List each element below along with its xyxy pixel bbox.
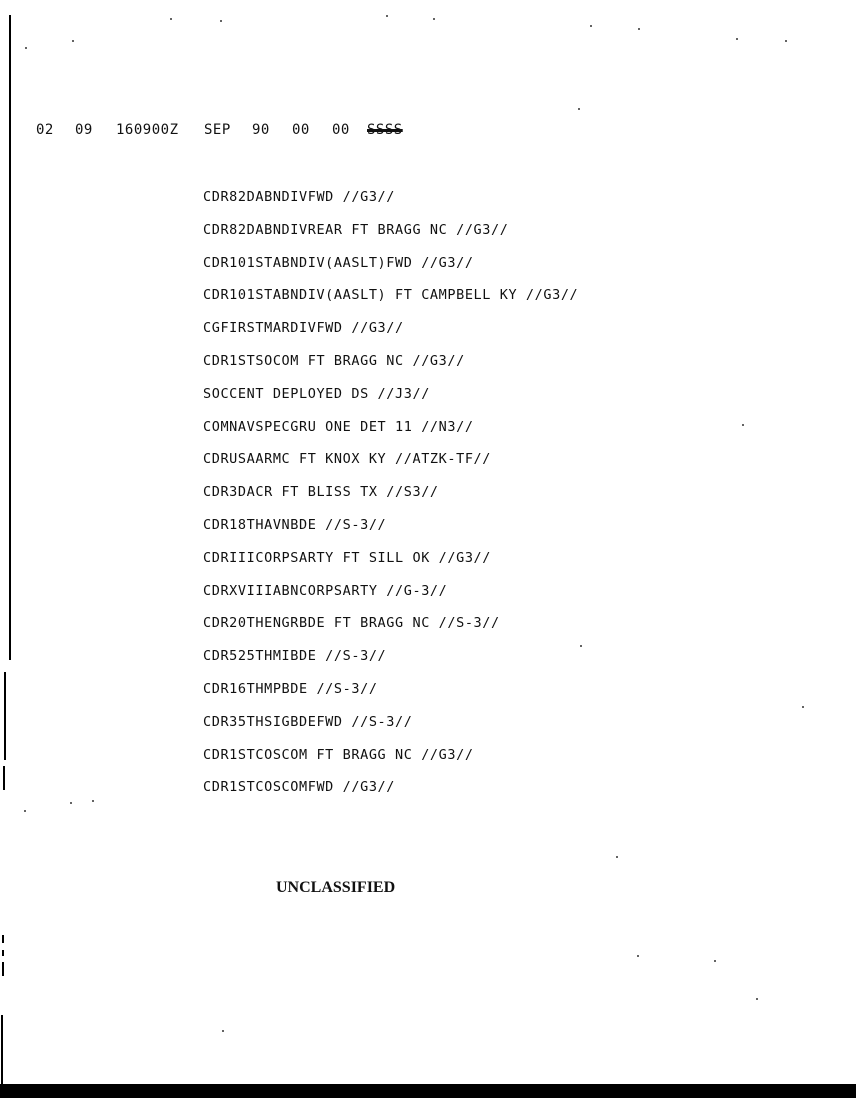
scan-speck (70, 802, 72, 804)
addressee-line: CDR35THSIGBDEFWD //S-3// (203, 713, 578, 746)
scan-speck (170, 18, 172, 20)
scan-speck (785, 40, 787, 42)
header-year: 90 (252, 122, 292, 138)
addressee-line: CDR1STSOCOM FT BRAGG NC //G3// (203, 352, 578, 385)
header-dtg: 160900Z (116, 122, 204, 138)
header-struck-token: SSSS (367, 122, 403, 138)
scan-speck (92, 800, 94, 802)
scan-speck (742, 424, 744, 426)
addressee-line: CDR82DABNDIVFWD //G3// (203, 188, 578, 221)
addressee-line: CDR82DABNDIVREAR FT BRAGG NC //G3// (203, 221, 578, 254)
addressee-line: CGFIRSTMARDIVFWD //G3// (203, 319, 578, 352)
header-day: 09 (75, 122, 116, 138)
scan-speck (802, 706, 804, 708)
addressee-line: CDR1STCOSCOM FT BRAGG NC //G3// (203, 746, 578, 779)
scan-speck (736, 38, 738, 40)
scan-speck (24, 810, 26, 812)
scan-speck (616, 856, 618, 858)
scan-speck (578, 108, 580, 110)
scan-speck (756, 998, 758, 1000)
scan-margin-line (4, 672, 6, 760)
header-month-abbr: SEP (204, 122, 252, 138)
scan-speck (72, 40, 74, 42)
scan-speck (222, 1030, 224, 1032)
addressee-line: CDRUSAARMC FT KNOX KY //ATZK-TF// (203, 450, 578, 483)
header-field-a: 00 (292, 122, 332, 138)
scan-margin-line (2, 935, 4, 943)
addressee-line: SOCCENT DEPLOYED DS //J3// (203, 385, 578, 418)
addressee-line: CDR101STABNDIV(AASLT) FT CAMPBELL KY //G… (203, 286, 578, 319)
addressee-line: CDR20THENGRBDE FT BRAGG NC //S-3// (203, 614, 578, 647)
addressee-line: CDRIIICORPSARTY FT SILL OK //G3// (203, 549, 578, 582)
addressee-line: CDR16THMPBDE //S-3// (203, 680, 578, 713)
addressee-line: CDR18THAVNBDE //S-3// (203, 516, 578, 549)
scan-speck (433, 18, 435, 20)
header-field-b: 00 (332, 122, 367, 138)
scan-speck (386, 15, 388, 17)
scan-speck (714, 960, 716, 962)
scan-margin-line (1, 1015, 3, 1085)
scan-speck (637, 955, 639, 957)
classification-marking: UNCLASSIFIED (276, 879, 395, 897)
scan-margin-line (9, 15, 11, 660)
scan-speck (590, 25, 592, 27)
message-header: 02 09 160900Z SEP 90 00 00 SSSS (36, 122, 403, 138)
addressee-line: CDR1STCOSCOMFWD //G3// (203, 778, 578, 811)
scan-speck (580, 645, 582, 647)
addressee-line: CDRXVIIIABNCORPSARTY //G-3// (203, 582, 578, 615)
scan-margin-line (2, 950, 4, 956)
addressee-line: CDR3DACR FT BLISS TX //S3// (203, 483, 578, 516)
header-month: 02 (36, 122, 75, 138)
scan-bottom-edge (0, 1084, 856, 1098)
scan-speck (220, 20, 222, 22)
addressee-line: COMNAVSPECGRU ONE DET 11 //N3// (203, 418, 578, 451)
addressee-line: CDR101STABNDIV(AASLT)FWD //G3// (203, 254, 578, 287)
scan-speck (25, 47, 27, 49)
addressee-list: CDR82DABNDIVFWD //G3// CDR82DABNDIVREAR … (203, 188, 578, 811)
scan-speck (638, 28, 640, 30)
scan-margin-line (2, 962, 4, 976)
scan-margin-line (3, 766, 5, 790)
addressee-line: CDR525THMIBDE //S-3// (203, 647, 578, 680)
document-page: 02 09 160900Z SEP 90 00 00 SSSS CDR82DAB… (0, 0, 856, 1104)
